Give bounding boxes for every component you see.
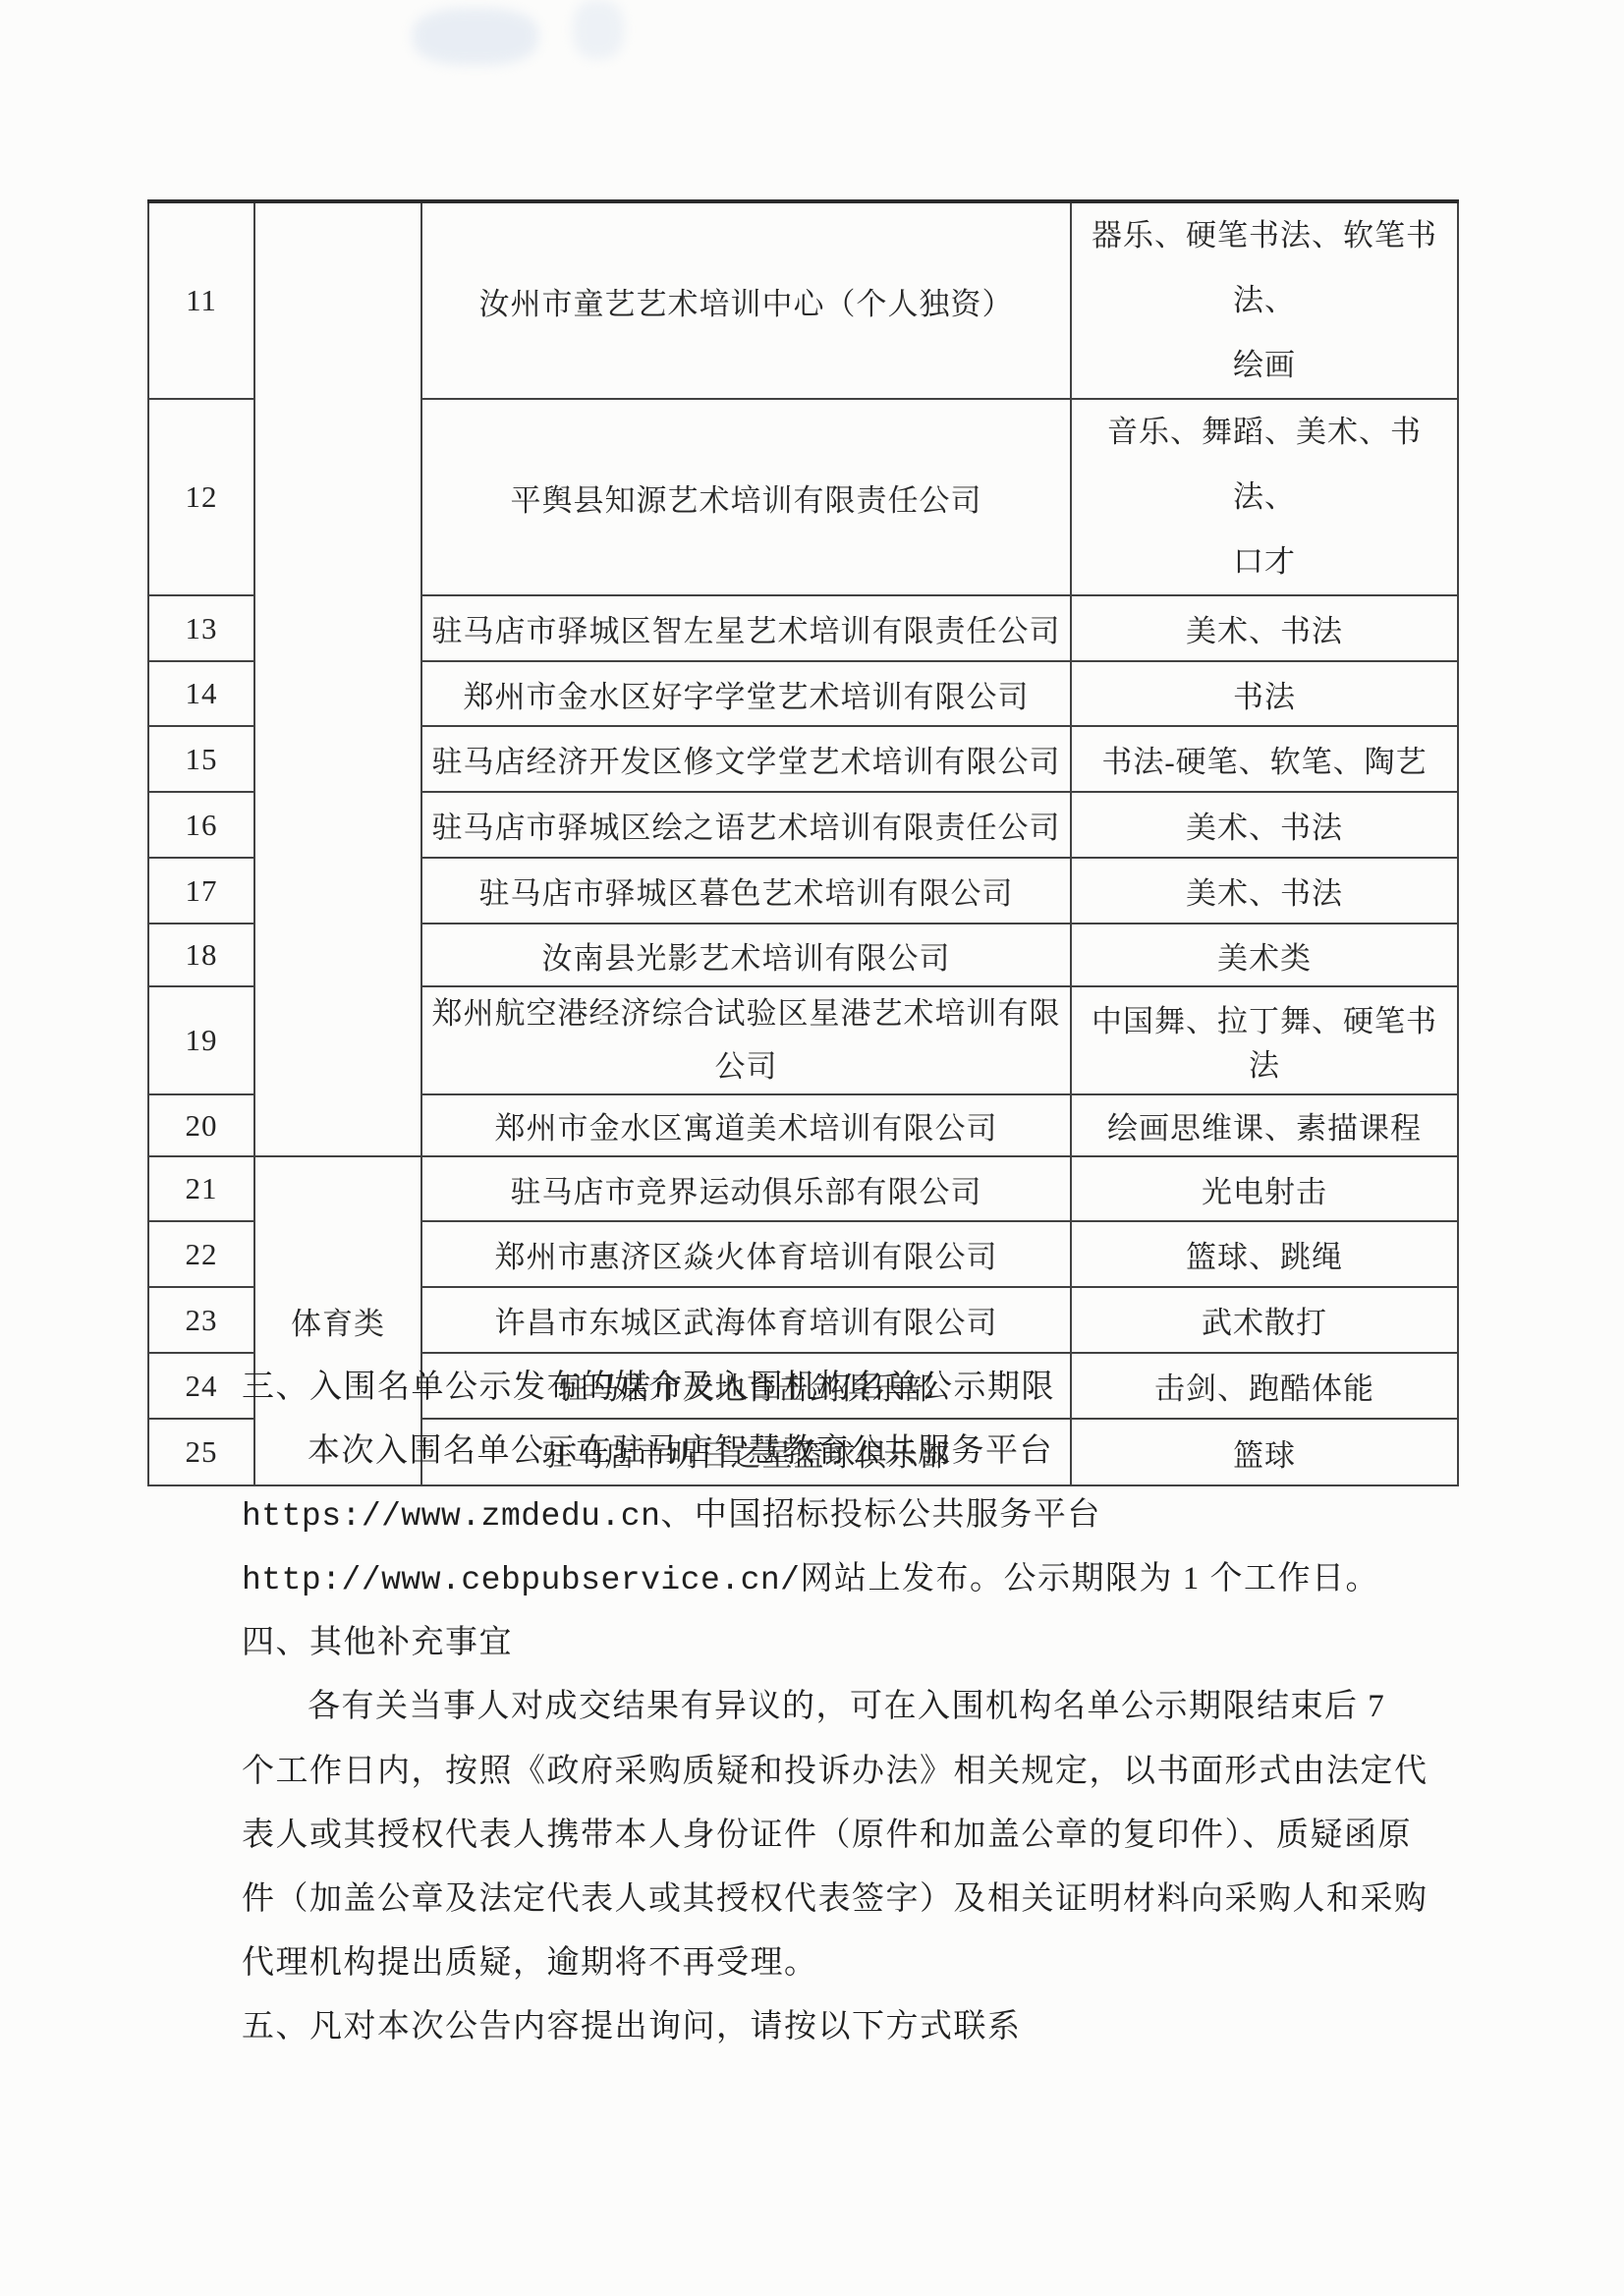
institution-name: 许昌市东城区武海体育培训有限公司 bbox=[421, 1287, 1071, 1353]
row-number: 23 bbox=[148, 1287, 254, 1353]
row-number: 12 bbox=[148, 399, 254, 595]
section4-line2: 个工作日内，按照《政府采购质疑和投诉办法》相关规定，以书面形式由法定代 bbox=[242, 1752, 1475, 1816]
institution-name: 驻马店经济开发区修文学堂艺术培训有限公司 bbox=[421, 726, 1071, 792]
approved-subjects: 绘画思维课、素描课程 bbox=[1071, 1094, 1458, 1156]
row-number: 18 bbox=[148, 924, 254, 986]
scan-smudge bbox=[573, 0, 624, 59]
approved-subjects: 中国舞、拉丁舞、硬笔书法 bbox=[1071, 986, 1458, 1094]
url-text: https://www.zmdedu.cn bbox=[242, 1498, 660, 1535]
institution-name: 郑州航空港经济综合试验区星港艺术培训有限 公司 bbox=[421, 986, 1071, 1094]
row-number: 19 bbox=[148, 986, 254, 1094]
approved-subjects: 音乐、舞蹈、美术、书法、 口才 bbox=[1071, 399, 1458, 595]
approved-subjects: 书法 bbox=[1071, 661, 1458, 726]
approved-subjects: 美术、书法 bbox=[1071, 858, 1458, 924]
section3-heading: 三、入围名单公示发布的媒介及入围机构名单公示期限 bbox=[242, 1368, 1475, 1431]
table-row: 21 体育类 驻马店市竞界运动俱乐部有限公司 光电射击 bbox=[148, 1156, 1458, 1221]
approved-subjects: 美术、书法 bbox=[1071, 792, 1458, 858]
institution-name: 驻马店市驿城区暮色艺术培训有限公司 bbox=[421, 858, 1071, 924]
row-number: 11 bbox=[148, 201, 254, 399]
institution-name: 平舆县知源艺术培训有限责任公司 bbox=[421, 399, 1071, 595]
institution-name: 驻马店市竞界运动俱乐部有限公司 bbox=[421, 1156, 1071, 1221]
institution-name: 驻马店市驿城区绘之语艺术培训有限责任公司 bbox=[421, 792, 1071, 858]
institution-name: 汝南县光影艺术培训有限公司 bbox=[421, 924, 1071, 986]
approved-subjects: 器乐、硬笔书法、软笔书法、 绘画 bbox=[1071, 201, 1458, 399]
table-row: 11 汝州市童艺艺术培训中心（个人独资） 器乐、硬笔书法、软笔书法、 绘画 bbox=[148, 201, 1458, 399]
approved-subjects: 书法-硬笔、软笔、陶艺 bbox=[1071, 726, 1458, 792]
announcement-body: 三、入围名单公示发布的媒介及入围机构名单公示期限 本次入围名单公示在驻马店智慧教… bbox=[242, 1368, 1475, 2071]
section3-line3-rest: 网站上发布。公示期限为 1 个工作日。 bbox=[801, 1561, 1380, 1596]
institutions-table: 11 汝州市童艺艺术培训中心（个人独资） 器乐、硬笔书法、软笔书法、 绘画 12… bbox=[147, 199, 1459, 1486]
section4-line3: 表人或其授权代表人携带本人身份证件（原件和加盖公章的复印件）、质疑函原 bbox=[242, 1816, 1475, 1879]
section4-line5: 代理机构提出质疑，逾期将不再受理。 bbox=[242, 1943, 1475, 2007]
row-number: 14 bbox=[148, 661, 254, 726]
section4-line1: 各有关当事人对成交结果有异议的，可在入围机构名单公示期限结束后 7 bbox=[242, 1687, 1475, 1751]
section3-line2: https://www.zmdedu.cn、中国招标投标公共服务平台 bbox=[242, 1495, 1475, 1559]
institution-name: 郑州市金水区好字学堂艺术培训有限公司 bbox=[421, 661, 1071, 726]
row-number: 21 bbox=[148, 1156, 254, 1221]
row-number: 17 bbox=[148, 858, 254, 924]
row-number: 25 bbox=[148, 1419, 254, 1485]
approved-subjects: 篮球、跳绳 bbox=[1071, 1221, 1458, 1287]
url-text: http://www.cebpubservice.cn/ bbox=[242, 1562, 801, 1598]
section5-heading: 五、凡对本次公告内容提出询问，请按以下方式联系 bbox=[242, 2007, 1475, 2071]
section3-line2-rest: 、中国招标投标公共服务平台 bbox=[660, 1497, 1101, 1533]
institution-name: 郑州市惠济区焱火体育培训有限公司 bbox=[421, 1221, 1071, 1287]
institution-name: 郑州市金水区寓道美术培训有限公司 bbox=[421, 1094, 1071, 1156]
section3-line3: http://www.cebpubservice.cn/网站上发布。公示期限为 … bbox=[242, 1559, 1475, 1623]
section3-line1: 本次入围名单公示在驻马店智慧教育公共服务平台 bbox=[242, 1431, 1475, 1495]
approved-subjects: 武术散打 bbox=[1071, 1287, 1458, 1353]
row-number: 22 bbox=[148, 1221, 254, 1287]
row-number: 24 bbox=[148, 1353, 254, 1419]
approved-subjects: 美术、书法 bbox=[1071, 595, 1458, 661]
row-number: 16 bbox=[148, 792, 254, 858]
row-number: 13 bbox=[148, 595, 254, 661]
category-cell-art bbox=[254, 201, 421, 1156]
institution-name: 汝州市童艺艺术培训中心（个人独资） bbox=[421, 201, 1071, 399]
row-number: 20 bbox=[148, 1094, 254, 1156]
document-page: 11 汝州市童艺艺术培训中心（个人独资） 器乐、硬笔书法、软笔书法、 绘画 12… bbox=[0, 0, 1624, 2296]
section4-heading: 四、其他补充事宜 bbox=[242, 1623, 1475, 1687]
approved-subjects: 光电射击 bbox=[1071, 1156, 1458, 1221]
section4-line4: 件（加盖公章及法定代表人或其授权代表签字）及相关证明材料向采购人和采购 bbox=[242, 1879, 1475, 1943]
scan-smudge bbox=[413, 8, 538, 65]
approved-subjects: 美术类 bbox=[1071, 924, 1458, 986]
row-number: 15 bbox=[148, 726, 254, 792]
institution-name: 驻马店市驿城区智左星艺术培训有限责任公司 bbox=[421, 595, 1071, 661]
